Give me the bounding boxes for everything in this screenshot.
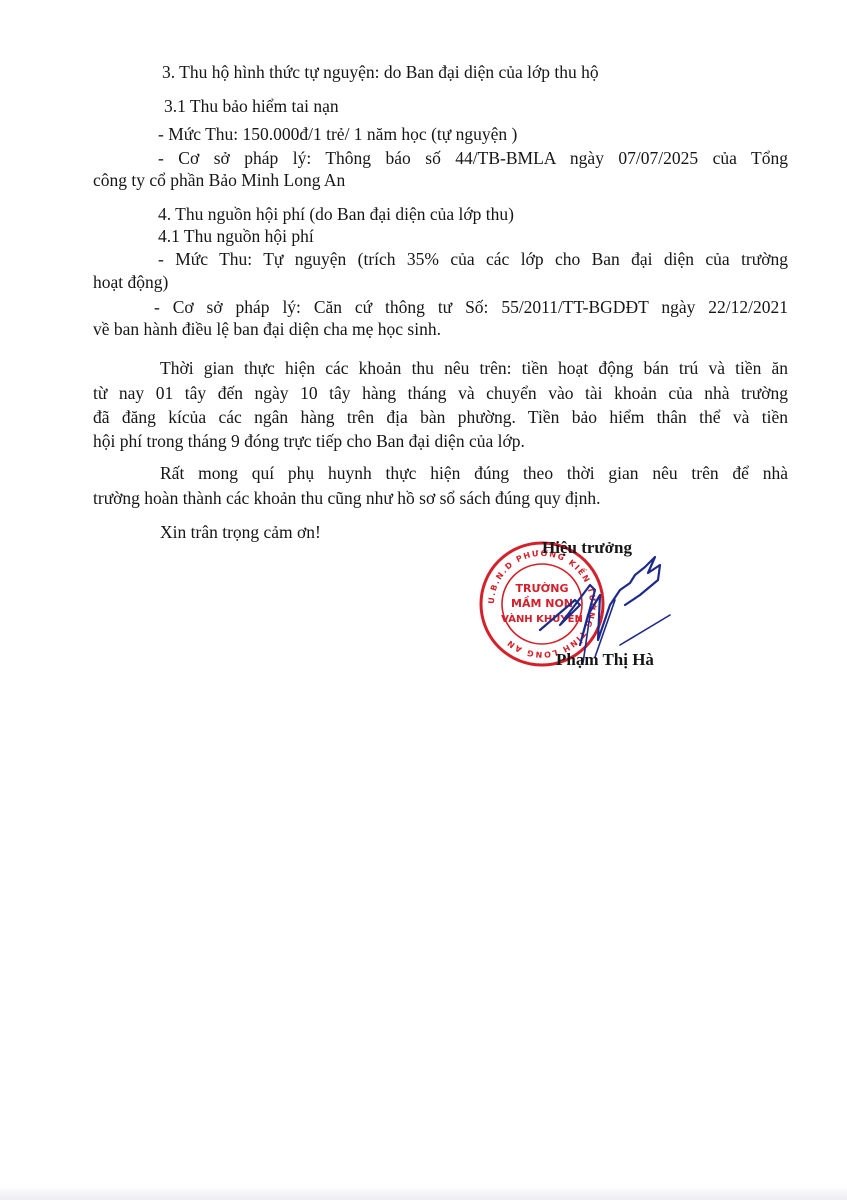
signer-name: Phạm Thị Hà (556, 650, 654, 670)
section-3-heading: 3. Thu hộ hình thức tự nguyện: do Ban đạ… (162, 62, 599, 82)
section-3-1-legal-line1: - Cơ sở pháp lý: Thông báo số 44/TB-BMLA… (158, 148, 788, 168)
section-3-1-heading: 3.1 Thu bảo hiểm tai nạn (164, 96, 339, 116)
closing-text: Xin trân trọng cảm ơn! (160, 522, 321, 542)
section-3-1-legal-line2: công ty cổ phần Bảo Minh Long An (93, 170, 345, 190)
timing-line: đã đăng kícủa các ngân hàng trên địa bàn… (93, 407, 788, 427)
timing-line: từ nay 01 tây đến ngày 10 tây hàng tháng… (93, 383, 788, 403)
section-4-heading: 4. Thu nguồn hội phí (do Ban đại diện củ… (158, 204, 514, 224)
section-3-1-fee: - Mức Thu: 150.000đ/1 trẻ/ 1 năm học (tự… (158, 124, 517, 144)
section-4-1-fee-line2: hoạt động) (93, 272, 168, 292)
section-4-1-heading: 4.1 Thu nguồn hội phí (158, 226, 314, 246)
timing-line: hội phí trong tháng 9 đóng trực tiếp cho… (93, 431, 525, 451)
section-4-1-fee-line1: - Mức Thu: Tự nguyện (trích 35% của các … (158, 249, 788, 269)
request-line: Rất mong quí phụ huynh thực hiện đúng th… (160, 463, 788, 483)
request-line: trường hoàn thành các khoản thu cũng như… (93, 488, 600, 508)
scan-edge (0, 1186, 847, 1200)
timing-line: Thời gian thực hiện các khoản thu nêu tr… (160, 358, 788, 378)
section-4-1-legal-line1: - Cơ sở pháp lý: Căn cứ thông tư Số: 55/… (154, 297, 788, 317)
section-4-1-legal-line2: về ban hành điều lệ ban đại diện cha mẹ … (93, 319, 441, 339)
